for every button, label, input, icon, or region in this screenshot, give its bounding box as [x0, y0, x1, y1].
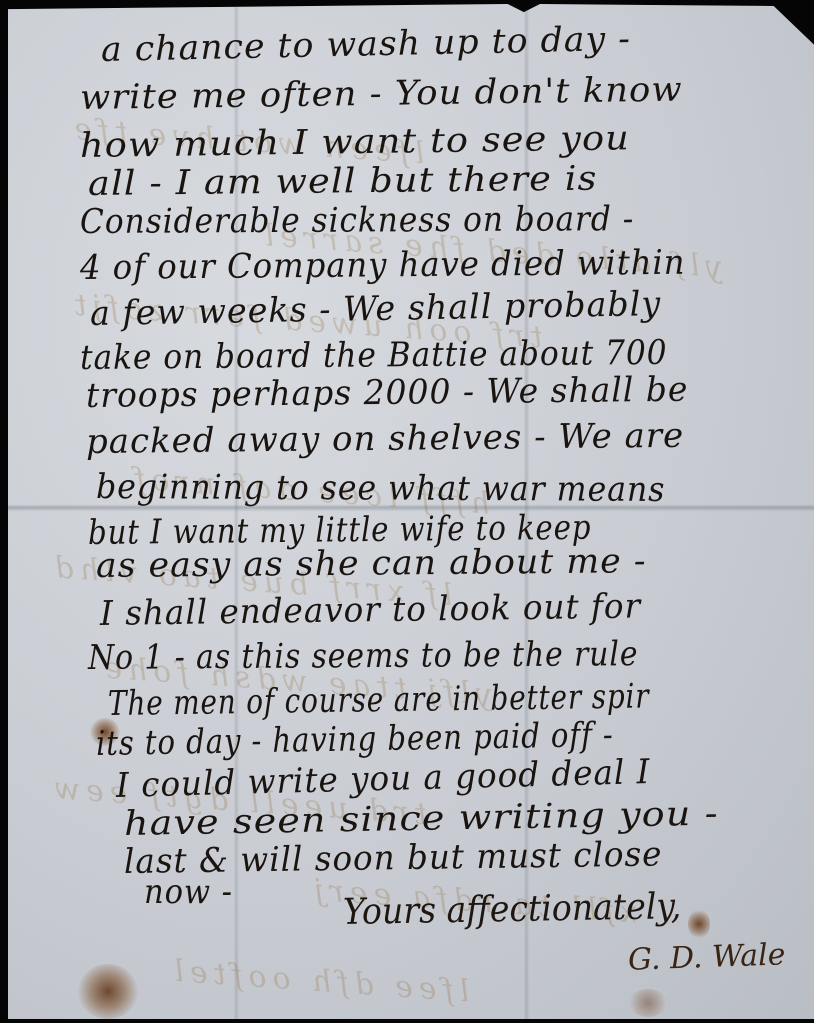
letter-line: as easy as she can about me -	[96, 541, 647, 586]
letter-line: a few weeks - We shall probably	[90, 284, 662, 334]
letter-line: beginning to see what war means	[96, 467, 666, 510]
letter-closing: Yours affectionately,	[343, 886, 682, 933]
ink-stain	[628, 989, 668, 1017]
letter-line: now -	[144, 872, 233, 912]
ink-stain	[688, 909, 710, 939]
letter-line: I shall endeavor to look out for	[100, 586, 642, 634]
letter-signature: G. D. Wale	[627, 937, 786, 977]
letter-line: Considerable sickness on board -	[80, 199, 634, 242]
ink-stain	[78, 964, 138, 1019]
letter-paper: lfeen wot hve tfe ylf atlo ded fhe sarre…	[8, 4, 814, 1019]
letter-line: a chance to wash up to day -	[101, 19, 632, 70]
letter-line: 4 of our Company have died within	[80, 243, 686, 288]
letter-line: No 1 - as this seems to be the rule	[88, 634, 639, 678]
letter-line: all - I am well but there is	[88, 159, 598, 204]
letter-line: write me often - You don't know	[80, 70, 683, 118]
letter-line: troops perhaps 2000 - We shall be	[86, 370, 689, 416]
letter-line: packed away on shelves - We are	[86, 416, 685, 462]
